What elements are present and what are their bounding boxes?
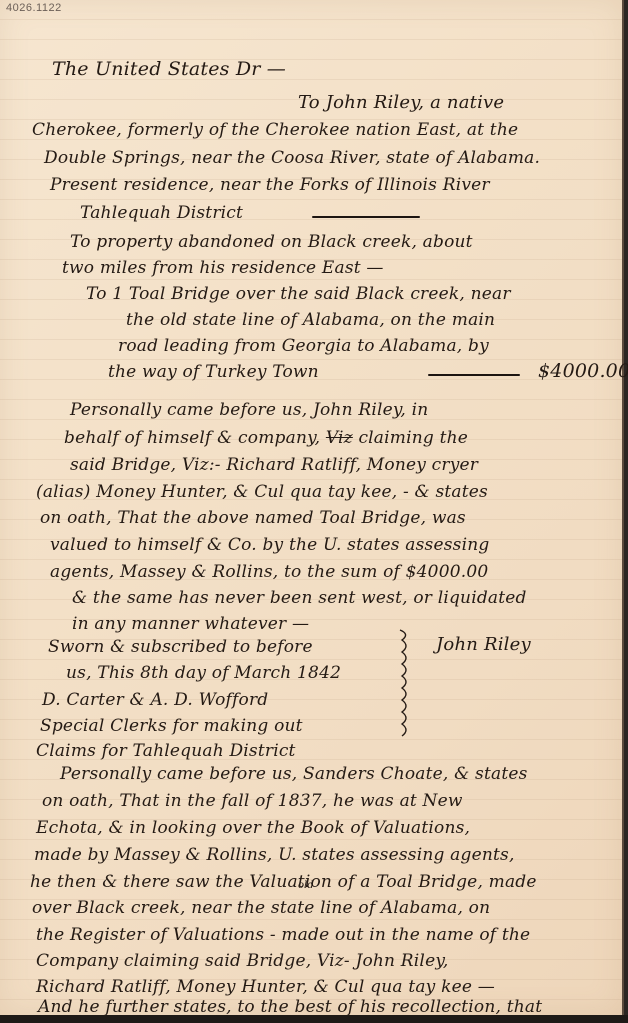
line-road-leading: road leading from Georgia to Alabama, by (118, 336, 489, 356)
line-in-any-manner: in any manner whatever — (72, 614, 309, 634)
claim-amount: $4000.00 (538, 360, 628, 382)
line-personally-came-riley: Personally came before us, John Riley, i… (70, 400, 428, 420)
text-claiming: claiming the (358, 428, 468, 448)
page-bottom-edge (0, 1015, 628, 1023)
line-fall-of-1837: on oath, That in the fall of 1837, he wa… (42, 791, 463, 811)
line-echota: Echota, & in looking over the Book of Va… (36, 818, 470, 838)
line-never-been-sent: & the same has never been sent west, or … (72, 588, 527, 608)
catalog-number: 4026.1122 (6, 2, 62, 14)
line-further-states: And he further states, to the best of hi… (38, 997, 542, 1017)
line-alias-money-hunter: (alias) Money Hunter, & Cul qua tay kee,… (36, 482, 488, 502)
heading-united-states-debtor: The United States Dr — (52, 58, 286, 80)
line-behalf-of-himself: behalf of himself & company, Viz claimin… (64, 428, 468, 448)
line-cherokee-formerly: Cherokee, formerly of the Cherokee natio… (32, 120, 518, 140)
line-register-of-valuations: the Register of Valuations - made out in… (36, 925, 530, 945)
line-old-state-line: the old state line of Alabama, on the ma… (126, 310, 495, 330)
line-over-black-creek: over Black creek, near the state line of… (32, 898, 490, 918)
line-turkey-town: the way of Turkey Town (108, 362, 319, 382)
line-carter-wofford: D. Carter & A. D. Wofford (42, 690, 268, 710)
line-8th-day-march: us, This 8th day of March 1842 (66, 663, 341, 683)
flourish-line (312, 216, 420, 218)
line-agents-massey: agents, Massey & Rollins, to the sum of … (50, 562, 488, 582)
line-to-john-riley: To John Riley, a native (298, 92, 504, 113)
line-valued-to-himself: valued to himself & Co. by the U. states… (50, 535, 489, 555)
line-personally-came-choate: Personally came before us, Sanders Choat… (60, 764, 528, 784)
signature-john-riley: John Riley (436, 634, 531, 655)
line-said-bridge: said Bridge, Viz:- Richard Ratliff, Mone… (70, 455, 478, 475)
line-on-oath-named: on oath, That the above named Toal Bridg… (40, 508, 466, 528)
line-made-by-massey: made by Massey & Rollins, U. states asse… (34, 845, 515, 865)
insertion-old: old (298, 880, 314, 891)
line-present-residence: Present residence, near the Forks of Ill… (50, 175, 490, 195)
text-behalf: behalf of himself & company, (64, 428, 320, 448)
line-claims-tahlequah: Claims for Tahlequah District (36, 741, 296, 761)
line-toal-bridge: To 1 Toal Bridge over the said Black cre… (86, 284, 511, 304)
line-sworn-subscribed: Sworn & subscribed to before (48, 637, 313, 657)
flourish-line (428, 374, 520, 376)
struck-text: Viz (326, 428, 353, 448)
manuscript-page: 4026.1122 The United States Dr — To John… (0, 0, 624, 1015)
line-special-clerks: Special Clerks for making out (40, 716, 303, 736)
line-property-abandoned: To property abandoned on Black creek, ab… (70, 232, 473, 252)
line-tahlequah-district: Tahlequah District (80, 203, 243, 223)
brace-icon (398, 628, 412, 738)
line-richard-ratliff: Richard Ratliff, Money Hunter, & Cul qua… (36, 977, 495, 997)
line-two-miles: two miles from his residence East — (62, 258, 384, 278)
line-double-springs: Double Springs, near the Coosa River, st… (44, 148, 540, 168)
line-company-claiming: Company claiming said Bridge, Viz- John … (36, 951, 449, 971)
line-valuation-bridge: he then & there saw the Valuation of a T… (30, 872, 537, 892)
